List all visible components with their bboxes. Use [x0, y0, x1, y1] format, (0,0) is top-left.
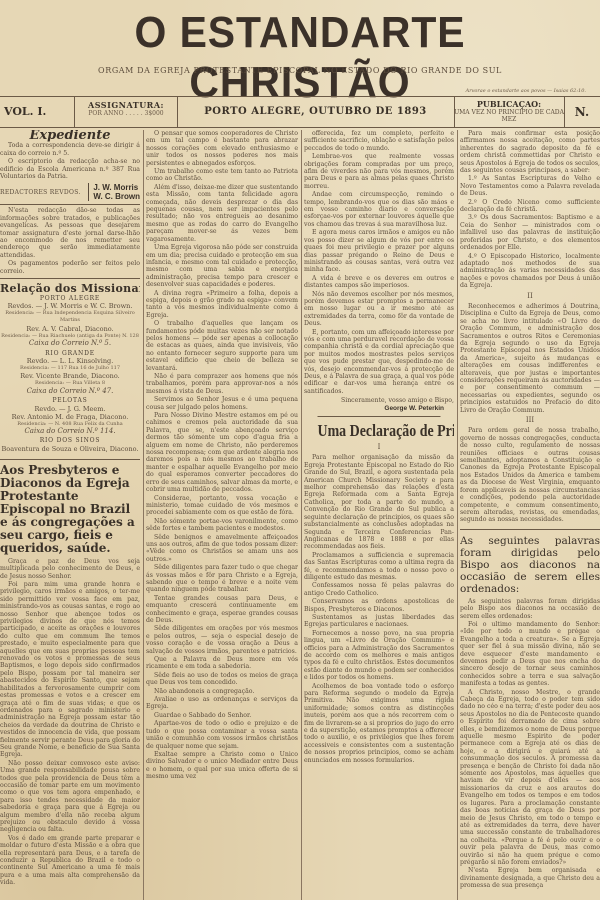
declaration-paragraph: 2.º O Credo Niceno como sufficiente decl…: [460, 199, 600, 214]
editor-name: J. W. Morris: [93, 183, 140, 192]
pastoral-paragraph: Que a Palavra de Deus more em vós ricame…: [146, 656, 298, 671]
column-rule: [301, 130, 302, 900]
publication-box: PUBLICAÇAO: UMA VEZ NO PRINCIPIO DE CADA…: [454, 97, 565, 127]
pastoral-paragraph: Sêde fieis ao uso de todos os meios de g…: [146, 672, 298, 687]
missionary-name: Rev. A. V. Cabral, Diacono.: [0, 325, 140, 333]
dateline: PORTO ALEGRE, OUTUBRO DE 1893: [177, 97, 455, 127]
notice-paragraph: N'esta redacção dão-se todas as informaç…: [0, 207, 140, 259]
declaration-paragraph: Confessamos nossa fé pelas palavras do a…: [304, 582, 454, 597]
declaration-paragraph: 1.º As Santas Escripturas do Velho e Nov…: [460, 175, 600, 197]
pastoral-paragraph: Um trabalho como este tem tanto ao Patri…: [146, 168, 298, 183]
declaration-paragraph: Proclamamos a sufficiencia e supremacia …: [304, 552, 454, 582]
editors-block: REDACTORES REVDOS. J. W. Morris W. C. Br…: [0, 183, 140, 201]
missionary-address: Residencia: — Rua Independencia Esquina …: [0, 310, 140, 325]
signature: George W. Peterkin: [304, 405, 454, 412]
pastoral-paragraph: Não é para comprazer aos homens que nós …: [146, 373, 298, 395]
station-city: RIO GRANDE: [0, 350, 140, 357]
pastoral-paragraph: Servimos ao Senhor Jesus e é uma pequena…: [146, 396, 298, 411]
pastoral-paragraph: E agora meus caros irmãos e amigos eu nã…: [304, 229, 454, 273]
expediente-paragraph: O escriptorio da redacção acha-se no edi…: [0, 158, 140, 180]
pastoral-heading: Aos Presbyteros e Diaconos da Egreja Pro…: [0, 459, 140, 555]
section-numeral: III: [460, 417, 600, 424]
pastoral-paragraph: A vida é breve e os deveres em outros e …: [304, 275, 454, 290]
missionary-name: Revdo. — L. L. Kinsolving.: [0, 357, 140, 365]
column-3: offerecida, fez um completo, perfeito e …: [304, 130, 454, 900]
expediente-paragraph: Toda a correspondencia deve-se dirigir á…: [0, 142, 140, 157]
publication-frequency: UMA VEZ NO PRINCIPIO DE CADA MEZ: [454, 109, 564, 123]
postal-box: Caixa do Correio N.º 114.: [0, 428, 140, 435]
pastoral-paragraph: Nós não devemos escolher por nós mesmos,…: [304, 291, 454, 328]
expediente-heading: Expediente: [0, 132, 140, 139]
declaration-paragraph: Para ordem geral de nossa trabalho, gove…: [460, 427, 600, 523]
exhortation-paragraph: Foi o ultimo mandamento do Senhor: «Ide …: [460, 621, 600, 688]
section-numeral: I: [304, 444, 454, 451]
subscription-label: ASSIGNATURA:: [75, 97, 177, 110]
pastoral-paragraph: Sêde diligentes para fazer tudo o que ch…: [146, 564, 298, 594]
pastoral-paragraph: Vos é dado em grande parte preparar e mo…: [0, 835, 140, 887]
missionary-stations: PORTO ALEGRERevdos. — J. W. Morris e W. …: [0, 295, 140, 453]
motto: Arvorae o estandarte aos povos — Isaias …: [466, 88, 586, 94]
pastoral-paragraph: Sêde benignos e amavelmente affeiçoados …: [146, 534, 298, 564]
declaration-part-1: IPara melhor organisação da missão da Eg…: [304, 444, 454, 764]
station-city: PORTO ALEGRE: [0, 295, 140, 302]
declaration-paragraph: 4.º O Episcopado Historico, localmente a…: [460, 253, 600, 290]
pastoral-paragraph: Além d'isso, deixae-me dizer que sustent…: [146, 184, 298, 243]
declaration-heading: Uma Declaração de Principios: [318, 416, 441, 441]
declaration-paragraph: 3.º Os dous Sacramentos: Baptismo e a Ce…: [460, 214, 600, 251]
station-city: RIO DOS SINOS: [0, 437, 140, 444]
pastoral-paragraph: E, portanto, com um affeiçoado interesse…: [304, 329, 454, 396]
missionary-address: Residencia: — 117 Rua 16 de Julho 117: [0, 365, 140, 372]
pastoral-paragraph: O pensar que somos cooperadores de Chris…: [146, 130, 298, 167]
pastoral-paragraph: Uma Egreja vigorosa não póde ser constru…: [146, 244, 298, 288]
missionaries-heading: Relação dos Missionarios: [0, 285, 140, 292]
masthead: O ESTANDARTE CHRISTÃO ORGAM DA EGREJA PR…: [0, 0, 600, 84]
column-rule: [457, 130, 458, 900]
pastoral-paragraph: A divina regra «Primeiro a folha, depois…: [146, 290, 298, 320]
pastoral-paragraph: Foi para mim uma grande honra e privileg…: [0, 581, 140, 759]
notice-box: N'esta redacção dão-se todas as informaç…: [0, 204, 140, 279]
info-bar: VOL. I. ASSIGNATURA: POR ANNO . . . . . …: [0, 96, 600, 128]
newspaper-subtitle: ORGAM DA EGREJA PROTESTANTE EPISCOPAL NO…: [0, 66, 600, 75]
declaration-part-2: Para mais confirmar esta posição affirma…: [460, 130, 600, 524]
pastoral-paragraph: O trabalho d'aquelles que lançam os fund…: [146, 320, 298, 372]
column-4: Para mais confirmar esta posição affirma…: [460, 130, 600, 900]
missionary-name: Rev. Antonio M. de Fraga, Diacono.: [0, 413, 140, 421]
missionary-name: Revdos. — J. W. Morris e W. C. Brown.: [0, 302, 140, 310]
declaration-paragraph: Para melhor organisação da missão da Egr…: [304, 454, 454, 550]
exhortation-body: As seguintes palavras foram dirigidas pe…: [460, 598, 600, 890]
declaration-paragraph: Sustentamos as justas liberdades das Egr…: [304, 614, 454, 629]
editor-name: W. C. Brown: [93, 192, 140, 201]
pastoral-paragraph: Não abandoneis a congregação.: [146, 688, 298, 695]
pastoral-paragraph: Apartae-vos de todo o odio e prejuizo e …: [146, 720, 298, 750]
column-1: Expediente Toda a correspondencia deve-s…: [0, 130, 140, 900]
exhortation-heading: As seguintes palavras foram dirigidas pe…: [460, 529, 600, 595]
missionary-name: Revdo. — J. G. Meem.: [0, 405, 140, 413]
declaration-paragraph: Acolhemos de boa vontade todo o esforço …: [304, 683, 454, 764]
subscription-box: ASSIGNATURA: POR ANNO . . . . . 3$000: [75, 97, 178, 127]
issue-number: N.: [564, 97, 600, 127]
postal-box: Caixa do Correio N.º 5.: [0, 340, 140, 347]
declaration-paragraph: Reconhecemos e adherimos á Doutrina, Dis…: [460, 303, 600, 414]
subscription-price: POR ANNO . . . . . 3$000: [75, 110, 177, 117]
declaration-paragraph: Fornecemos a nosso povo, na sua propria …: [304, 630, 454, 682]
pastoral-paragraph: Lembrae-vos que realmente vossas obrigaç…: [304, 153, 454, 190]
missionary-name: Rev. Vicente Brande, Diacono.: [0, 372, 140, 380]
station-city: PELOTAS: [0, 397, 140, 404]
column-rule: [143, 130, 144, 900]
volume-number: VOL. I.: [0, 97, 75, 127]
section-numeral: II: [460, 293, 600, 300]
pastoral-letter-part-1: Graça e paz de Deus vos seja multiplicad…: [0, 558, 140, 887]
declaration-paragraph: Para mais confirmar esta posição affirma…: [460, 130, 600, 174]
missionary-name: Boaventura de Souza e Oliveira, Diacono.: [0, 445, 140, 453]
pastoral-letter-part-2: O pensar que somos cooperadores de Chris…: [146, 130, 298, 781]
pastoral-paragraph: Avaliae o uso as ordenanças e serviços d…: [146, 696, 298, 711]
pastoral-paragraph: Não sómente portae-vos varonilmente, com…: [146, 518, 298, 533]
editors-names: J. W. Morris W. C. Brown: [88, 183, 140, 201]
notice-paragraph: Os pagamentos poderão ser feitos pelo co…: [0, 260, 140, 275]
editors-label: REDACTORES REVDOS.: [0, 189, 81, 196]
pastoral-paragraph: Para Nosso Divino Mestre estamos em pé o…: [146, 412, 298, 493]
pastoral-paragraph: Considerae, portanto, vossa vocação e mi…: [146, 495, 298, 517]
pastoral-paragraph: Andae com circumspecção, remindo o tempo…: [304, 191, 454, 228]
pastoral-paragraph: Tentae grandes cousas para Deus, e emqua…: [146, 595, 298, 625]
pastoral-paragraph: Não posso deixar comvosco este aviso: Um…: [0, 760, 140, 834]
exhortation-paragraph: N'esta Egreja bem organisada e divinamen…: [460, 867, 600, 889]
pastoral-paragraph: Graça e paz de Deus vos seja multiplicad…: [0, 558, 140, 580]
exhortation-paragraph: A Christo, nosso Mestre, o grande Cabeça…: [460, 689, 600, 867]
pastoral-paragraph: Sêde diligentes em orações por vós mesmo…: [146, 625, 298, 655]
publication-label: PUBLICAÇAO:: [454, 97, 564, 109]
column-2: O pensar que somos cooperadores de Chris…: [146, 130, 298, 900]
closing-line: Sinceramente, vosso amigo e Bispo,: [304, 397, 454, 404]
exhortation-paragraph: As seguintes palavras foram dirigidas pe…: [460, 598, 600, 620]
postal-box: Caixa do Correio N.º 47.: [0, 388, 140, 395]
declaration-paragraph: Conservamos as ordens apostolicas de Bis…: [304, 598, 454, 613]
pastoral-letter-part-3: offerecida, fez um completo, perfeito e …: [304, 130, 454, 395]
pastoral-paragraph: Guardae o Sabbado do Senhor.: [146, 712, 298, 719]
pastoral-paragraph: Exaltae sempre a Christo como o Unico di…: [146, 751, 298, 781]
pastoral-paragraph: offerecida, fez um completo, perfeito e …: [304, 130, 454, 152]
